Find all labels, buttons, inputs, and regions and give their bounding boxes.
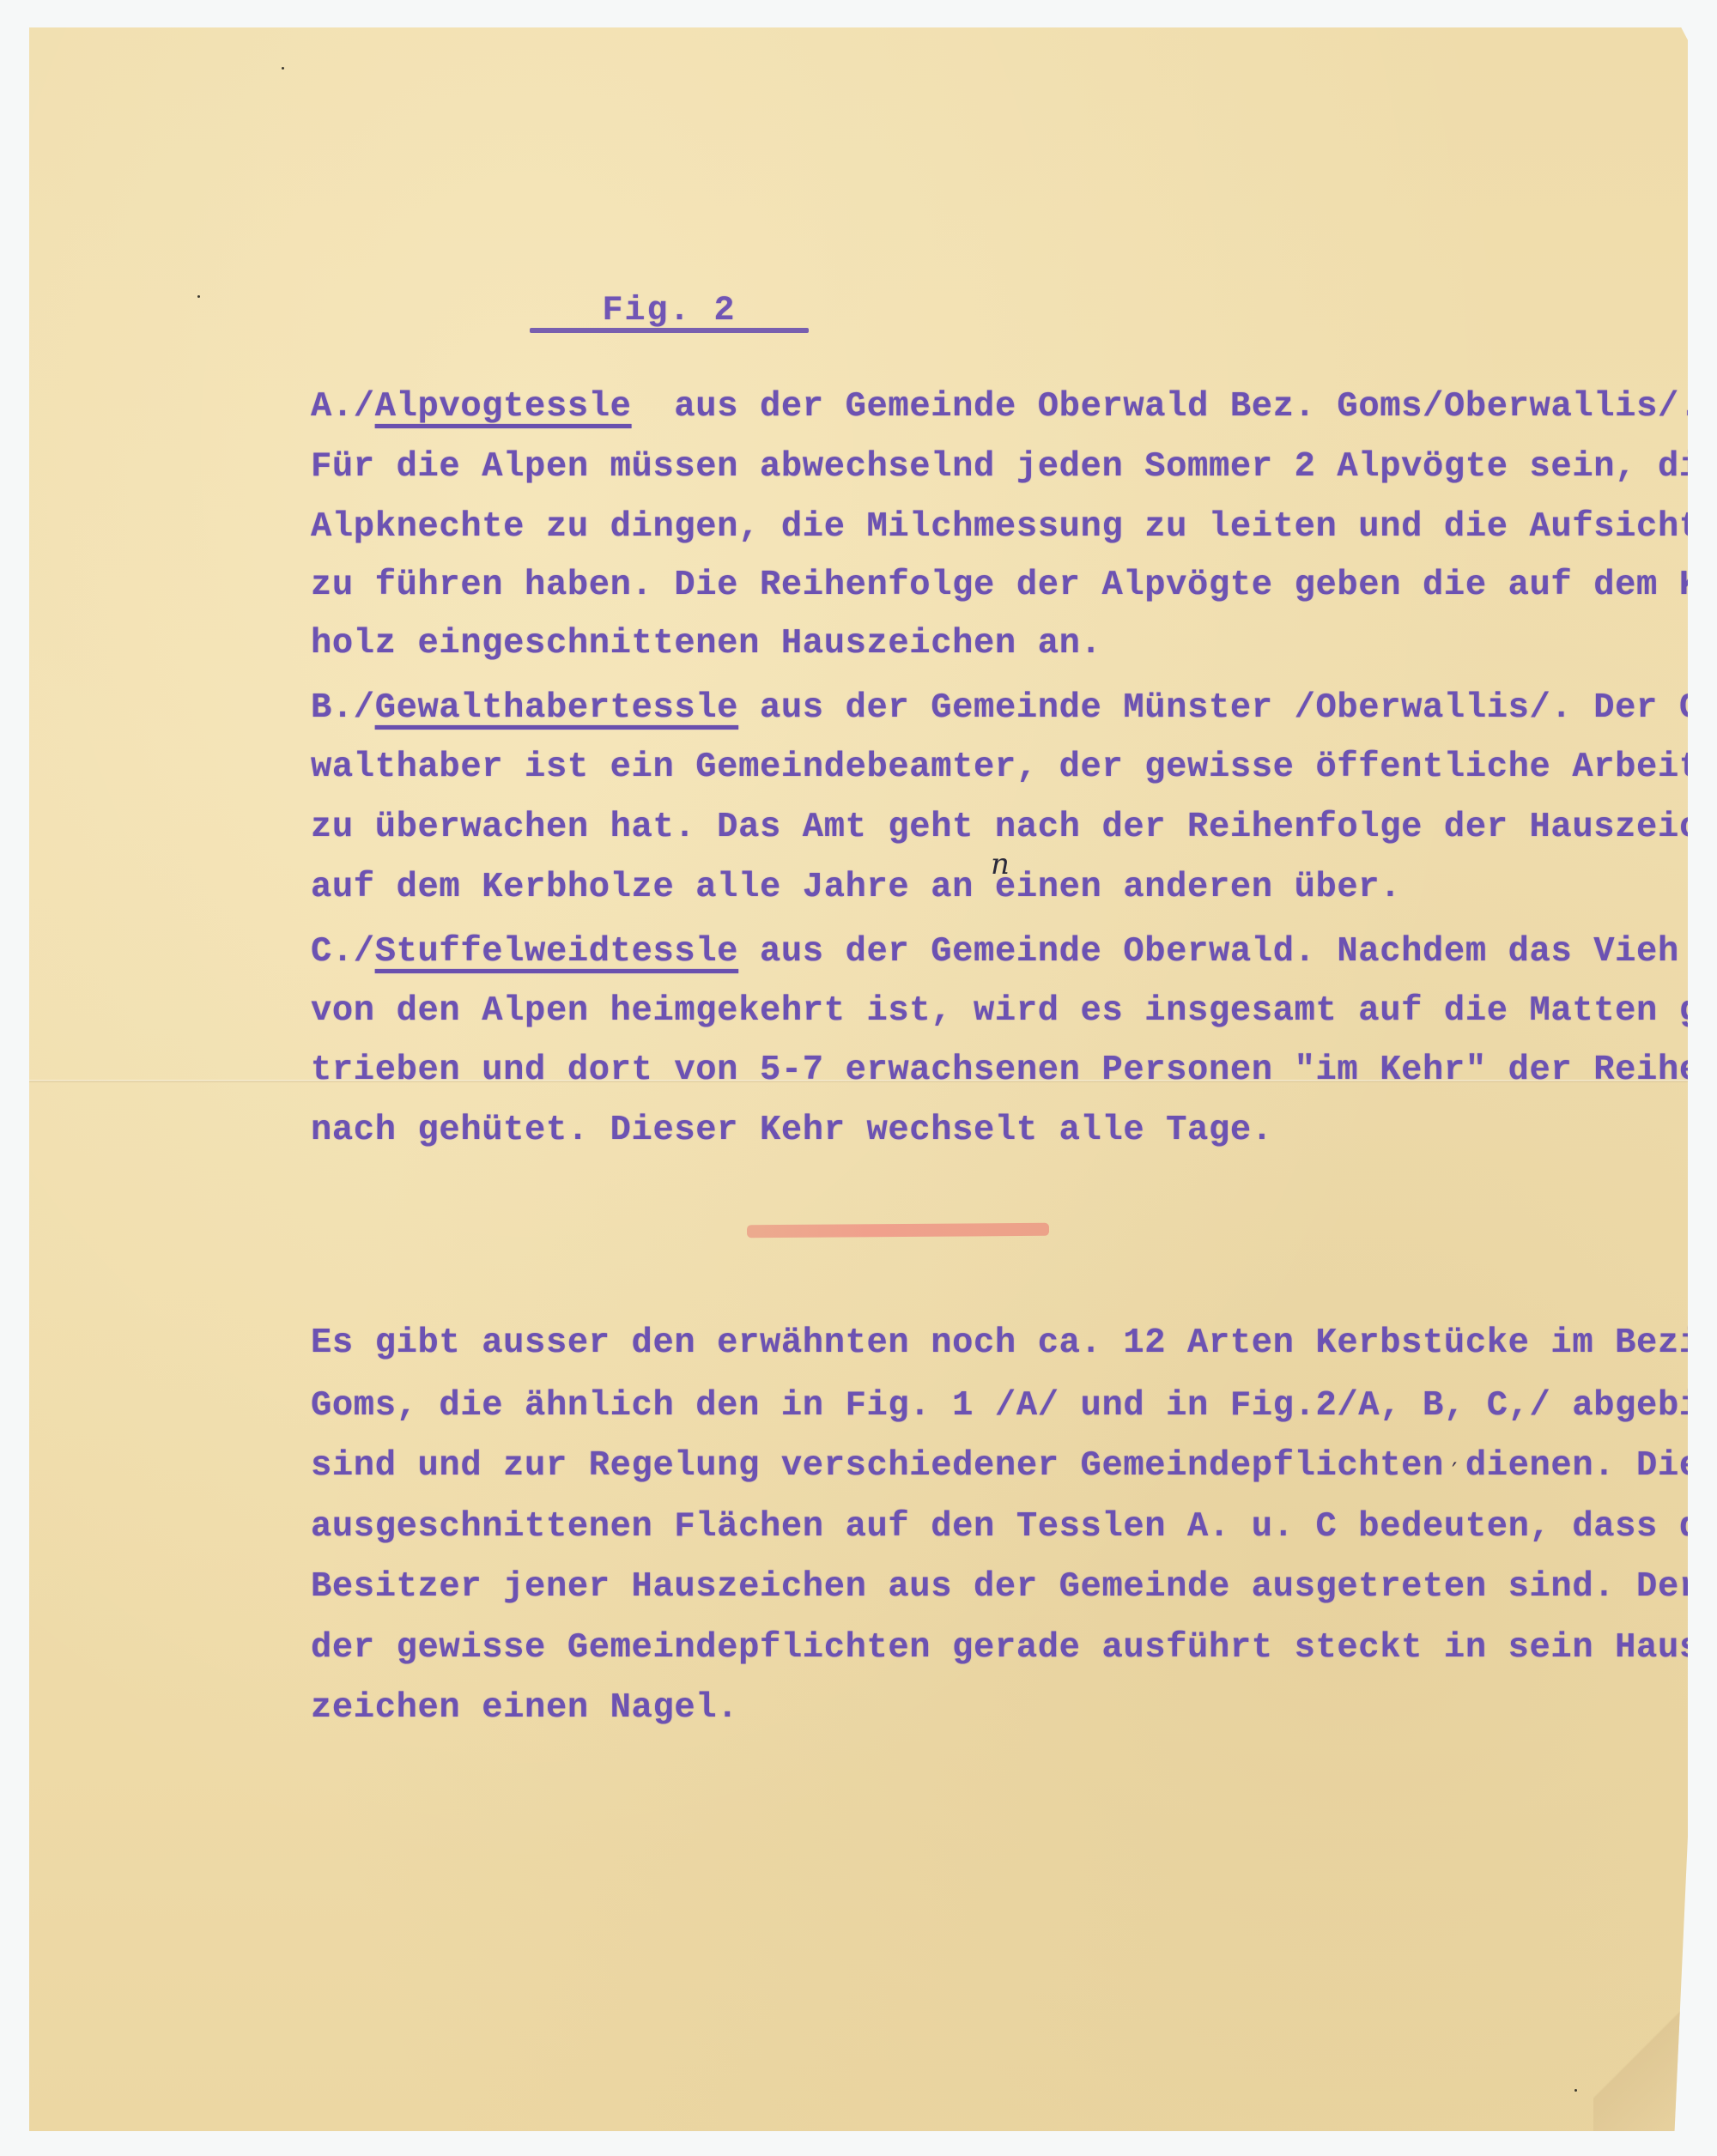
section-a-line-4: zu führen haben. Die Reihenfolge der Alp… — [311, 565, 1717, 606]
section-b-term: Gewalthabertessle — [375, 688, 738, 728]
section-b-label: B./ — [311, 688, 375, 728]
closing-line-6: der gewisse Gemeindepflichten gerade aus… — [311, 1627, 1717, 1668]
paper-speck — [1574, 2089, 1577, 2092]
closing-line-7: zeichen einen Nagel. — [311, 1687, 738, 1729]
closing-line-3: sind und zur Regelung verschiedener Geme… — [311, 1445, 1717, 1487]
section-a-line-3: Alpknechte zu dingen, die Milchmessung z… — [311, 506, 1701, 548]
closing-line-1: Es gibt ausser den erwähnten noch ca. 12… — [311, 1323, 1717, 1364]
section-a-term: Alpvogtessle — [375, 387, 632, 427]
handwritten-correction: n — [991, 847, 1010, 881]
section-a-line-1: A./Alpvogtessle aus der Gemeinde Oberwal… — [311, 386, 1701, 427]
section-c-label: C./ — [311, 932, 375, 972]
paper-speck — [197, 295, 200, 298]
section-c-line-1: C./Stuffelweidtessle aus der Gemeinde Ob… — [311, 931, 1679, 972]
closing-line-5: Besitzer jener Hauszeichen aus der Gemei… — [311, 1566, 1717, 1608]
section-b-line-1: B./Gewalthabertessle aus der Gemeinde Mü… — [311, 687, 1717, 729]
section-c-line-4: nach gehütet. Dieser Kehr wechselt alle … — [311, 1110, 1273, 1151]
section-b-line-4: auf dem Kerbholze alle Jahre an einen an… — [311, 867, 1401, 908]
section-a-line-5: holz eingeschnittenen Hauszeichen an. — [311, 623, 1101, 664]
folded-corner — [1593, 1968, 1688, 2131]
title-underline — [530, 328, 809, 333]
closing-line-4: ausgeschnittenen Flächen auf den Tesslen… — [311, 1506, 1717, 1547]
section-a-line-2: Für die Alpen müssen abwechselnd jeden S… — [311, 446, 1717, 488]
red-pencil-separator — [747, 1223, 1049, 1238]
paper-sheet: Fig. 2 A./Alpvogtessle aus der Gemeinde … — [29, 27, 1688, 2131]
figure-title: Fig. 2 — [530, 292, 809, 330]
section-a-label: A./ — [311, 387, 375, 427]
section-c-line-2: von den Alpen heimgekehrt ist, wird es i… — [311, 990, 1717, 1032]
handwritten-accent-mark: ′ — [1452, 1457, 1457, 1486]
section-b-line-2: walthaber ist ein Gemeindebeamter, der g… — [311, 747, 1717, 788]
section-c-term: Stuffelweidtessle — [375, 932, 738, 972]
section-b-line-3: zu überwachen hat. Das Amt geht nach der… — [311, 807, 1717, 848]
section-c-line-3: trieben und dort von 5-7 erwachsenen Per… — [311, 1050, 1717, 1091]
paper-speck — [282, 67, 284, 70]
closing-line-2: Goms, die ähnlich den in Fig. 1 /A/ und … — [311, 1385, 1717, 1426]
